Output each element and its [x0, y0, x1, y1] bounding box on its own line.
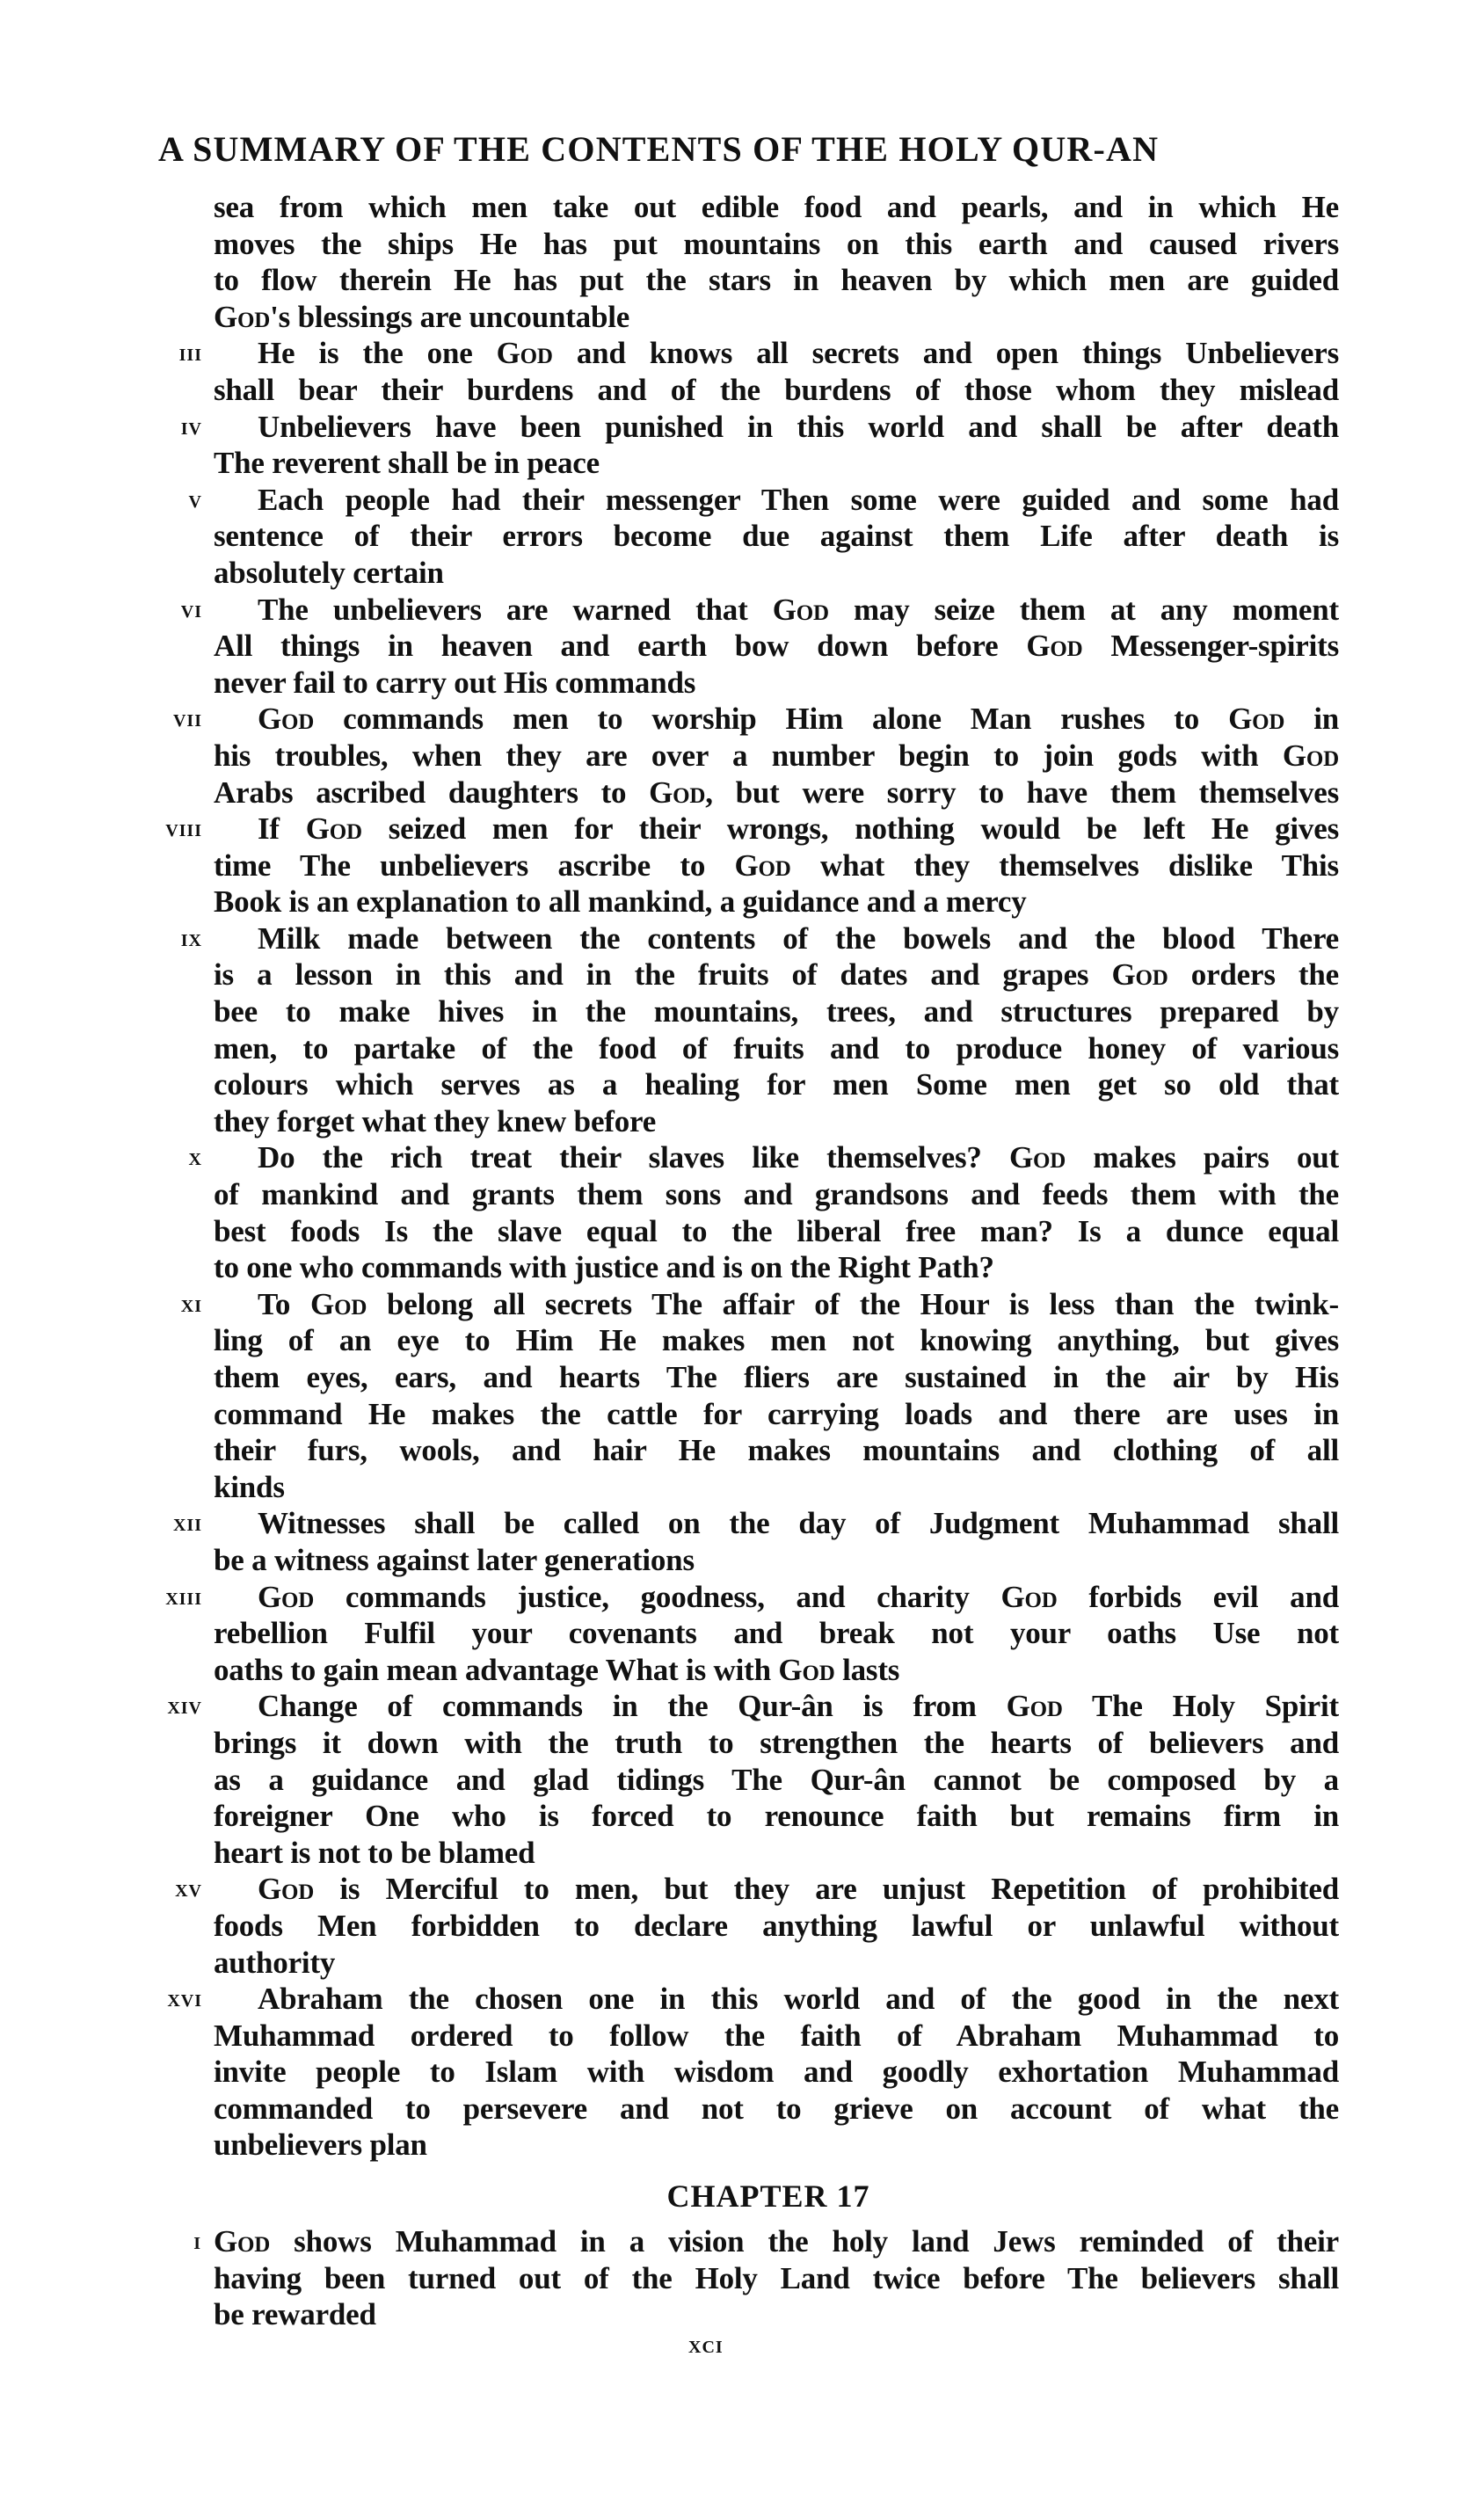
text-line: command He makes the cattle for carrying…: [214, 1396, 1339, 1433]
text-line: moves the ships He has put mountains on …: [214, 226, 1339, 263]
text-line: unbelievers plan: [214, 2127, 1339, 2164]
small-caps-god: God: [214, 300, 270, 334]
section-xii: XII Witnesses shall be called on the day…: [214, 1505, 1339, 1578]
text-line: absolutely certain: [214, 555, 1339, 592]
section-numeral: X: [189, 1139, 202, 1176]
section-vi: VI The unbelievers are warned that God m…: [214, 592, 1339, 702]
chapter-heading: CHAPTER 17: [198, 2164, 1339, 2223]
small-caps-god: God: [306, 811, 362, 846]
text-line: sentence of their errors become due agai…: [214, 518, 1339, 555]
section-numeral: XI: [181, 1286, 202, 1323]
text-line: God commands justice, goodness, and char…: [214, 1579, 1339, 1616]
text-line: be rewarded: [214, 2296, 1339, 2333]
page-number: xci: [688, 2331, 724, 2360]
text-line: to flow therein He has put the stars in …: [214, 262, 1339, 299]
text-line: God is Merciful to men, but they are unj…: [214, 1871, 1339, 1908]
section-xi: XI To God belong all secrets The affair …: [214, 1286, 1339, 1506]
section-numeral: III: [179, 335, 202, 372]
page-body: sea from which men take out edible food …: [214, 189, 1339, 2333]
text-line: Book is an explanation to all mankind, a…: [214, 884, 1339, 920]
small-caps-god: God: [1009, 1140, 1066, 1175]
text-line: to one who commands with justice and is …: [214, 1249, 1339, 1286]
text-line: best foods Is the slave equal to the lib…: [214, 1213, 1339, 1250]
section-numeral: IV: [181, 409, 202, 446]
text-line: To God belong all secrets The affair of …: [214, 1286, 1339, 1323]
text-line: Witnesses shall be called on the day of …: [214, 1505, 1339, 1542]
section-xvi: XVI Abraham the chosen one in this world…: [214, 1981, 1339, 2164]
section-numeral: IX: [181, 920, 202, 957]
chapter-17-section-i: I God shows Muhammad in a vision the hol…: [214, 2223, 1339, 2333]
small-caps-god: God: [310, 1287, 367, 1321]
small-caps-god: God: [258, 1872, 314, 1906]
section-numeral: I: [193, 2223, 201, 2260]
text-line: men, to partake of the food of fruits an…: [214, 1030, 1339, 1067]
text-line: God shows Muhammad in a vision the holy …: [214, 2223, 1339, 2260]
text-line: ling of an eye to Him He makes men not k…: [214, 1322, 1339, 1359]
text-line: they forget what they knew before: [214, 1103, 1339, 1140]
text-line: oaths to gain mean advantage What is wit…: [214, 1652, 1339, 1689]
section-numeral: XIV: [167, 1688, 202, 1725]
text-line: his troubles, when they are over a numbe…: [214, 738, 1339, 775]
text-line: authority: [214, 1945, 1339, 1982]
section-numeral: VI: [181, 592, 202, 629]
text-line: heart is not to be blamed: [214, 1835, 1339, 1872]
small-caps-god: God: [1228, 702, 1284, 736]
text-line: brings it down with the truth to strengt…: [214, 1725, 1339, 1762]
small-caps-god: God: [1007, 1689, 1063, 1723]
section-iii: III He is the one God and knows all secr…: [214, 335, 1339, 408]
section-iv: IV Unbelievers have been punished in thi…: [214, 409, 1339, 482]
small-caps-god: God: [1283, 738, 1339, 773]
section-xiv: XIV Change of commands in the Qur-ân is …: [214, 1688, 1339, 1871]
text-line: If God seized men for their wrongs, noth…: [214, 811, 1339, 847]
text-line: He is the one God and knows all secrets …: [214, 335, 1339, 372]
text-line: colours which serves as a healing for me…: [214, 1066, 1339, 1103]
small-caps-god: God: [214, 2224, 270, 2259]
text-line: rebellion Fulfil your covenants and brea…: [214, 1615, 1339, 1652]
text-line: sea from which men take out edible food …: [214, 189, 1339, 226]
text-line: Milk made between the contents of the bo…: [214, 920, 1339, 957]
text-line: All things in heaven and earth bow down …: [214, 628, 1339, 665]
text-line: God's blessings are uncountable: [214, 299, 1339, 336]
small-caps-god: God: [735, 848, 791, 883]
text-line: The unbelievers are warned that God may …: [214, 592, 1339, 629]
text-line: them eyes, ears, and hearts The fliers a…: [214, 1359, 1339, 1396]
section-xv: XV God is Merciful to men, but they are …: [214, 1871, 1339, 1981]
section-vii: VII God commands men to worship Him alon…: [214, 701, 1339, 811]
text-line: never fail to carry out His commands: [214, 665, 1339, 702]
small-caps-god: God: [649, 775, 705, 810]
small-caps-god: God: [773, 593, 829, 627]
text-line: invite people to Islam with wisdom and g…: [214, 2054, 1339, 2091]
text-line: foods Men forbidden to declare anything …: [214, 1908, 1339, 1945]
text-line: Each people had their messenger Then som…: [214, 482, 1339, 519]
small-caps-god: God: [778, 1653, 834, 1687]
text-line: time The unbelievers ascribe to God what…: [214, 847, 1339, 884]
text-line: foreigner One who is forced to renounce …: [214, 1798, 1339, 1835]
section-numeral: XVI: [167, 1981, 202, 2018]
small-caps-god: God: [258, 702, 314, 736]
small-caps-god: God: [1112, 957, 1168, 992]
section-numeral: VIII: [165, 811, 202, 847]
section-x: X Do the rich treat their slaves like th…: [214, 1139, 1339, 1285]
small-caps-god: God: [258, 1580, 314, 1614]
section-numeral: V: [189, 482, 202, 519]
text-line: shall bear their burdens and of the burd…: [214, 372, 1339, 409]
section-numeral: XIII: [165, 1579, 202, 1616]
continued-section: sea from which men take out edible food …: [214, 189, 1339, 335]
text-line: Do the rich treat their slaves like them…: [214, 1139, 1339, 1176]
text-line: kinds: [214, 1469, 1339, 1506]
text-line: Muhammad ordered to follow the faith of …: [214, 2018, 1339, 2055]
text-line: Abraham the chosen one in this world and…: [214, 1981, 1339, 2018]
small-caps-god: God: [497, 336, 553, 370]
small-caps-god: God: [1026, 629, 1082, 663]
text-line: The reverent shall be in peace: [214, 445, 1339, 482]
text-line: as a guidance and glad tidings The Qur-â…: [214, 1762, 1339, 1799]
small-caps-god: God: [1000, 1580, 1057, 1614]
text-line: their furs, wools, and hair He makes mou…: [214, 1432, 1339, 1469]
text-line: be a witness against later generations: [214, 1542, 1339, 1579]
text-line: commanded to persevere and not to grieve…: [214, 2091, 1339, 2128]
section-v: V Each people had their messenger Then s…: [214, 482, 1339, 592]
text-line: of mankind and grants them sons and gran…: [214, 1176, 1339, 1213]
text-line: Arabs ascribed daughters to God, but wer…: [214, 775, 1339, 811]
text-line: having been turned out of the Holy Land …: [214, 2260, 1339, 2297]
text-line: God commands men to worship Him alone Ma…: [214, 701, 1339, 738]
section-numeral: XV: [175, 1871, 202, 1908]
text-line: Unbelievers have been punished in this w…: [214, 409, 1339, 446]
section-viii: VIII If God seized men for their wrongs,…: [214, 811, 1339, 920]
text-line: Change of commands in the Qur-ân is from…: [214, 1688, 1339, 1725]
section-ix: IX Milk made between the contents of the…: [214, 920, 1339, 1140]
text-line: is a lesson in this and in the fruits of…: [214, 957, 1339, 993]
text-line: bee to make hives in the mountains, tree…: [214, 993, 1339, 1030]
section-xiii: XIII God commands justice, goodness, and…: [214, 1579, 1339, 1689]
running-head: A SUMMARY OF THE CONTENTS OF THE HOLY QU…: [158, 128, 1301, 171]
section-numeral: VII: [173, 701, 202, 738]
section-numeral: XII: [173, 1505, 202, 1542]
